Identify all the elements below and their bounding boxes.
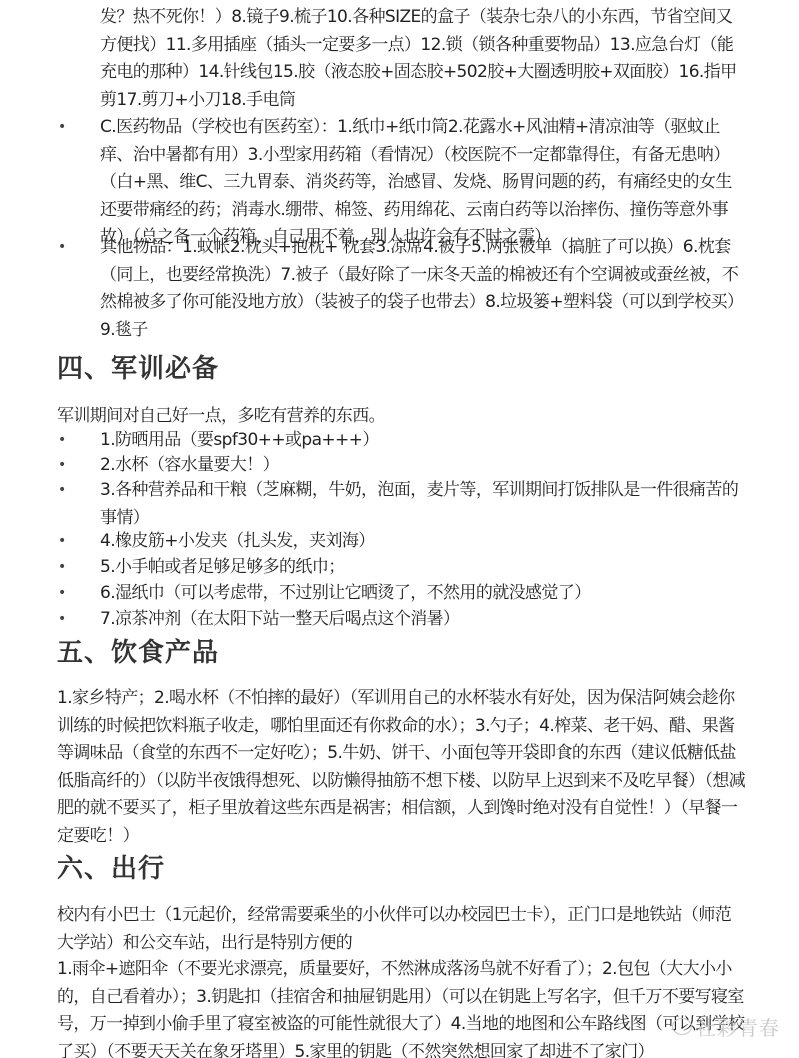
bullet [58, 452, 66, 460]
medical-items-paragraph: C.医药物品（学校也有医药室）：1.纸巾+纸巾筒2.花露水+风油精+清凉油等（驱… [100, 114, 740, 252]
bullet [58, 528, 66, 536]
food-paragraph: 1.家乡特产；2.喝水杯（不怕摔的最好）（军训用自己的水杯装水有好处，因为保洁阿… [57, 685, 747, 850]
military-item: 1.防晒用品（要spf30++或pa+++） [100, 427, 740, 455]
travel-paragraph: 1.雨伞+遮阳伞（不要光求漂亮，质量要好，不然淋成落汤鸟就不好看了）；2.包包（… [57, 956, 747, 1058]
bullet [58, 477, 66, 485]
other-items-paragraph: 其他物品：1.蚊帐2.枕头+抱枕+ 枕套3.凉席4.被子5.两张被单（搞脏了可以… [100, 234, 740, 344]
bullet [58, 606, 66, 614]
bullet [58, 234, 66, 242]
military-item: 4.橡皮筋+小发夹（扎头发，夹刘海） [100, 528, 740, 556]
bullet [58, 554, 66, 562]
continuation-paragraph: 发？热不死你！）8.镜子9.梳子10.各种SIZE的盒子（装杂七杂八的小东西，节… [100, 4, 740, 114]
watermark-text: 社彩青春 [696, 1012, 780, 1041]
wechat-icon [672, 1018, 692, 1035]
military-item: 2.水杯（容水量要大！） [100, 452, 740, 480]
section-heading-food: 五、饮食产品 [57, 632, 219, 669]
military-item: 5.小手帕或者足够足够多的纸巾； [100, 554, 740, 582]
section-heading-travel: 六、出行 [57, 848, 165, 885]
section-heading-military-training: 四、军训必备 [57, 348, 219, 385]
military-item: 3.各种营养品和干粮（芝麻糊，牛奶，泡面，麦片等，军训期间打饭排队是一件很痛苦的… [100, 477, 740, 532]
bullet [58, 580, 66, 588]
bullet [58, 114, 66, 122]
military-item: 7.凉茶冲剂（在太阳下站一整天后喝点这个消暑） [100, 606, 740, 634]
bullet [58, 427, 66, 435]
travel-intro: 校内有小巴士（1元起价，经常需要乘坐的小伙伴可以办校园巴士卡），正门口是地铁站（… [57, 902, 747, 957]
military-item: 6.湿纸巾（可以考虑带，不过别让它晒烫了，不然用的就没感觉了） [100, 580, 740, 608]
watermark: 社彩青春 [672, 1012, 780, 1041]
